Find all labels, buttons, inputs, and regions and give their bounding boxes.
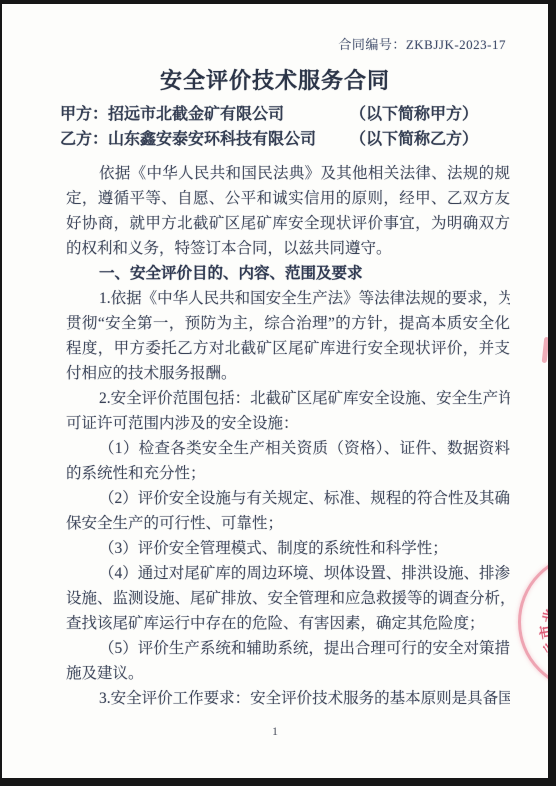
page-number: 1 [2, 724, 548, 739]
contract-parties: 甲方：招远市北截金矿有限公司 （以下简称甲方） 乙方：山东鑫安泰安环科技有限公司… [60, 102, 512, 152]
party-a-name: 甲方：招远市北截金矿有限公司 [60, 102, 284, 127]
body-line: 的权利和义务，特签订本合同，以兹共同遵守。 [66, 236, 510, 261]
body-line: 2.安全评价范围包括：北截矿区尾矿库安全设施、安全生产许 [66, 386, 510, 411]
body-line: （3）评价安全管理模式、制度的系统性和科学性； [66, 536, 510, 561]
scanned-contract-page: 合同编号：ZKBJJK-2023-17 安全评价技术服务合同 甲方：招远市北截金… [2, 4, 548, 778]
body-line: 保安全生产的可行性、可靠性； [66, 511, 510, 536]
body-line: 施及建议。 [66, 661, 510, 686]
body-line: 程度，甲方委托乙方对北截矿区尾矿库进行安全现状评价，并支 [66, 336, 510, 361]
section-heading: 一、安全评价目的、内容、范围及要求 [66, 261, 510, 286]
seal-character: 市 [535, 623, 548, 640]
body-line: 3.安全评价工作要求：安全评价技术服务的基本原则是具备国 [66, 686, 510, 711]
body-line: 贯彻“安全第一，预防为主，综合治理”的方针，提高本质安全化 [66, 311, 510, 336]
body-line: （1）检查各类安全生产相关资质（资格）、证件、数据资料 [66, 436, 510, 461]
body-line: 好协商，就甲方北截矿区尾矿库安全现状评价事宜，为明确双方 [66, 211, 510, 236]
body-line: 可证许可范围内涉及的安全设施： [66, 411, 510, 436]
party-a-row: 甲方：招远市北截金矿有限公司 （以下简称甲方） [60, 102, 512, 127]
body-line: 1.依据《中华人民共和国安全生产法》等法律法规的要求，为 [66, 286, 510, 311]
official-red-seal: 招 远 市 北 截 3706 [518, 553, 548, 691]
body-line: 定，遵循平等、自愿、公平和诚实信用的原则，经甲、乙双方友 [66, 186, 510, 211]
body-line: （5）评价生产系统和辅助系统，提出合理可行的安全对策措 [66, 636, 510, 661]
seal-character: 北 [538, 607, 548, 624]
body-line: 查找该尾矿库运行中存在的危险、有害因素，确定其危险度； [66, 611, 510, 636]
red-ink-smudge [542, 337, 548, 363]
document-title: 安全评价技术服务合同 [2, 64, 548, 95]
contract-body-text: 依据《中华人民共和国民法典》及其他相关法律、法规的规 定，遵循平等、自愿、公平和… [66, 161, 510, 711]
party-b-row: 乙方：山东鑫安泰安环科技有限公司 （以下简称乙方） [60, 127, 512, 152]
body-line: 的系统性和充分性； [66, 461, 510, 486]
body-line: 设施、监测设施、尾矿排放、安全管理和应急救援等的调查分析， [66, 586, 510, 611]
party-b-alias: （以下简称乙方） [350, 127, 478, 152]
body-line: 依据《中华人民共和国民法典》及其他相关法律、法规的规 [66, 161, 510, 186]
party-b-name: 乙方：山东鑫安泰安环科技有限公司 [60, 127, 316, 152]
contract-number: 合同编号：ZKBJJK-2023-17 [338, 34, 506, 53]
body-line: （4）通过对尾矿库的周边环境、坝体设置、排洪设施、排渗 [66, 561, 510, 586]
body-line: 付相应的技术服务报酬。 [66, 361, 510, 386]
seal-character: 远 [539, 637, 548, 659]
body-line: （2）评价安全设施与有关规定、标准、规程的符合性及其确 [66, 486, 510, 511]
party-a-alias: （以下简称甲方） [350, 102, 478, 127]
